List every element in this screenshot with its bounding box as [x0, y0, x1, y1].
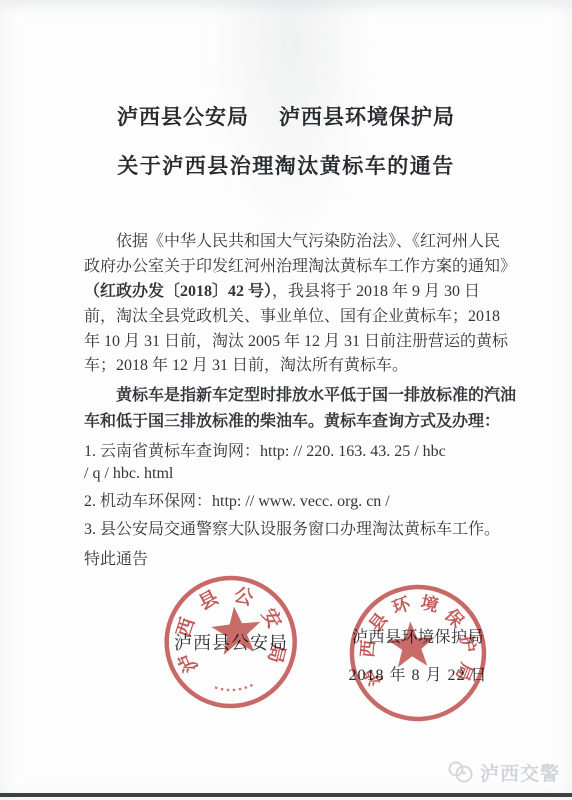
official-seal-police-icon: 泸西县公安局 — [149, 563, 314, 728]
svg-text:泸: 泸 — [174, 649, 203, 676]
luxi-traffic-police-logo-icon — [447, 760, 475, 786]
body-line-definition: 黄标车是指新车定型时排放水平低于国一排放标准的汽油 — [84, 388, 556, 404]
document-number: （红政办发〔2018〕42 号） — [84, 283, 272, 300]
body-line: 车；2018 年 12 月 31 日前，淘汰所有黄标车。 — [84, 358, 524, 374]
body-line: 前，淘汰全县党政机关、事业单位、国有企业黄标车；2018 — [84, 309, 524, 325]
watermark-label: 泸西交警 — [480, 759, 560, 786]
svg-text:泸: 泸 — [360, 664, 386, 689]
svg-text:县: 县 — [365, 609, 392, 635]
svg-text:境: 境 — [419, 592, 441, 616]
list-item-query-site-wrap: / q / hbc. html — [84, 466, 524, 482]
document-title-agencies: 泸西县公安局泸西县环境保护局 — [0, 101, 572, 131]
body-line: 依据《中华人民共和国大气污染防治法》、《红河州人民 — [84, 234, 556, 250]
svg-text:西: 西 — [357, 639, 378, 659]
list-item-service-window: 3. 县公安局交通警察大队设服务窗口办理淘汰黄标车工作。 — [84, 522, 524, 538]
svg-text:护: 护 — [456, 633, 479, 654]
seal-serial-marks — [215, 683, 256, 692]
list-item-query-site: 1. 云南省黄标车查询网：http: // 220. 163. 43. 25 /… — [84, 444, 524, 460]
watermark: 泸西交警 — [447, 759, 560, 786]
svg-text:安: 安 — [257, 604, 286, 632]
svg-text:局: 局 — [263, 641, 289, 665]
scan-bottom-edge — [0, 793, 572, 797]
seal-star-icon — [387, 620, 437, 668]
closing-phrase: 特此通告 — [84, 552, 524, 568]
svg-text:西: 西 — [173, 615, 200, 640]
svg-text:局: 局 — [452, 660, 477, 684]
body-line-continuation: ，我县将于 2018 年 9 月 30 日 — [272, 283, 480, 300]
svg-text:环: 环 — [390, 593, 414, 618]
agency-name-environment: 泸西县环境保护局 — [279, 106, 455, 129]
body-line: （红政办发〔2018〕42 号），我县将于 2018 年 9 月 30 日 — [84, 284, 524, 300]
svg-text:保: 保 — [441, 605, 468, 632]
svg-text:公: 公 — [231, 584, 256, 611]
agency-name-police: 泸西县公安局 — [117, 106, 249, 129]
body-line-definition: 车和低于国三排放标准的柴油车。黄标车查询方式及办理： — [84, 414, 524, 430]
official-seal-environment-icon: 泸西县环境保护局 — [338, 574, 498, 734]
body-line: 年 10 月 31 日前，淘汰 2005 年 12 月 31 日前注册营运的黄标 — [84, 334, 524, 350]
body-line: 政府办公室关于印发红河州治理淘汰黄标车工作方案的通知》 — [84, 259, 524, 275]
svg-text:县: 县 — [195, 586, 222, 614]
seal-star-icon — [209, 604, 263, 656]
document-title-subject: 关于泸西县治理淘汰黄标车的通告 — [0, 150, 572, 180]
list-item-vecc-site: 2. 机动车环保网：http: // www. vecc. org. cn / — [84, 494, 524, 510]
scanned-notice-page: 泸西县公安局泸西县环境保护局 关于泸西县治理淘汰黄标车的通告 依据《中华人民共和… — [0, 0, 572, 800]
